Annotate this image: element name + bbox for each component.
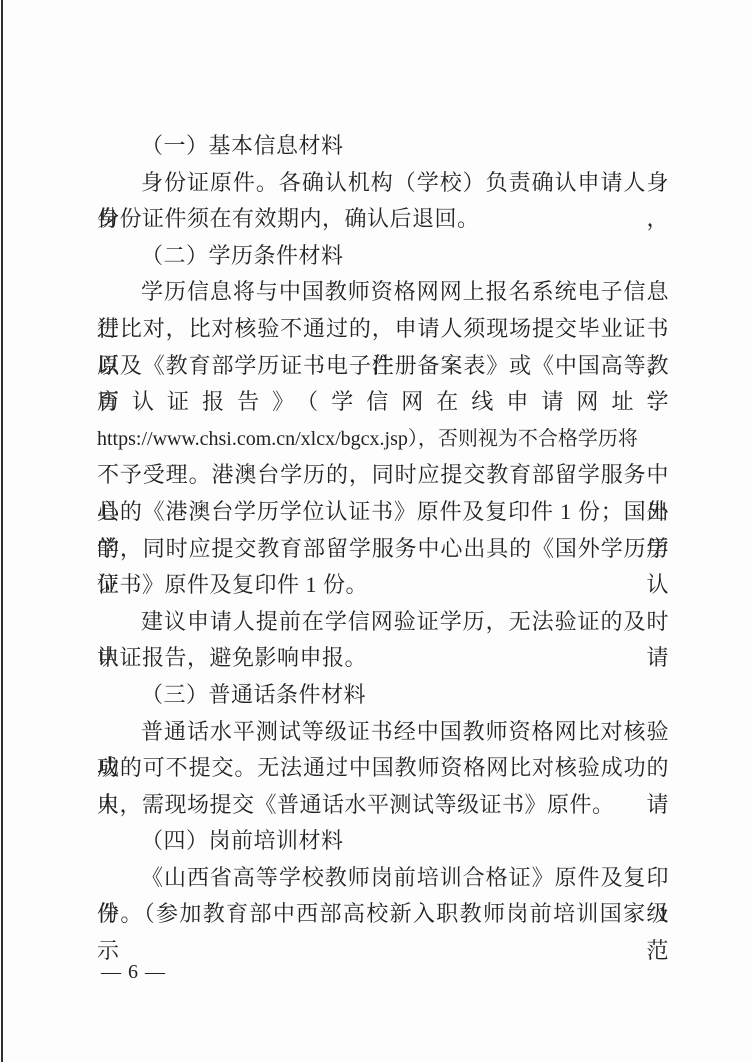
document-page: （一）基本信息材料身份证原件。各确认机构（学校）负责确认申请人身份，身份证件须在… xyxy=(0,0,753,1062)
text-line: 学历信息将与中国教师资格网网上报名系统电子信息进 xyxy=(97,274,669,311)
text-line: 身份证原件。各确认机构（学校）负责确认申请人身份， xyxy=(97,165,669,202)
text-line: 人，需现场提交《普通话水平测试等级证书》原件。 xyxy=(97,787,669,824)
text-line: https://www.chsi.com.cn/xlcx/bgcx.jsp），否… xyxy=(97,421,669,458)
page-number: — 6 — xyxy=(101,961,166,984)
text-line: 行比对，比对核验不通过的，申请人须现场提交毕业证书原件， xyxy=(97,311,669,348)
text-line: 《山西省高等学校教师岗前培训合格证》原件及复印件 1 xyxy=(97,860,669,897)
text-line: 以及《教育部学历证书电子注册备案表》或《中国高等教育学 xyxy=(97,348,669,385)
text-line: 份。（参加教育部中西部高校新入职教师岗前培训国家级示范 xyxy=(97,896,669,933)
text-line: 普通话水平测试等级证书经中国教师资格网比对核验成 xyxy=(97,714,669,751)
section-heading: （一）基本信息材料 xyxy=(97,128,669,165)
text-line: 的，同时应提交教育部留学服务中心出具的《国外学历学位认 xyxy=(97,531,669,568)
scan-edge-line xyxy=(1,0,3,1062)
section-heading: （二）学历条件材料 xyxy=(97,238,669,275)
section-heading: （三）普通话条件材料 xyxy=(97,677,669,714)
section-heading: （四）岗前培训材料 xyxy=(97,823,669,860)
text-line: 功的可不提交。无法通过中国教师资格网比对核验成功的申请 xyxy=(97,750,669,787)
text-line: 不予受理。港澳台学历的，同时应提交教育部留学服务中心出 xyxy=(97,457,669,494)
document-body: （一）基本信息材料身份证原件。各确认机构（学校）负责确认申请人身份，身份证件须在… xyxy=(97,128,669,933)
text-line: 具的《港澳台学历学位认证书》原件及复印件 1 份；国外学历 xyxy=(97,494,669,531)
text-line: 建议申请人提前在学信网验证学历，无法验证的及时申请 xyxy=(97,604,669,641)
text-line: 历认证报告》（学信网在线申请网址： xyxy=(97,384,669,421)
